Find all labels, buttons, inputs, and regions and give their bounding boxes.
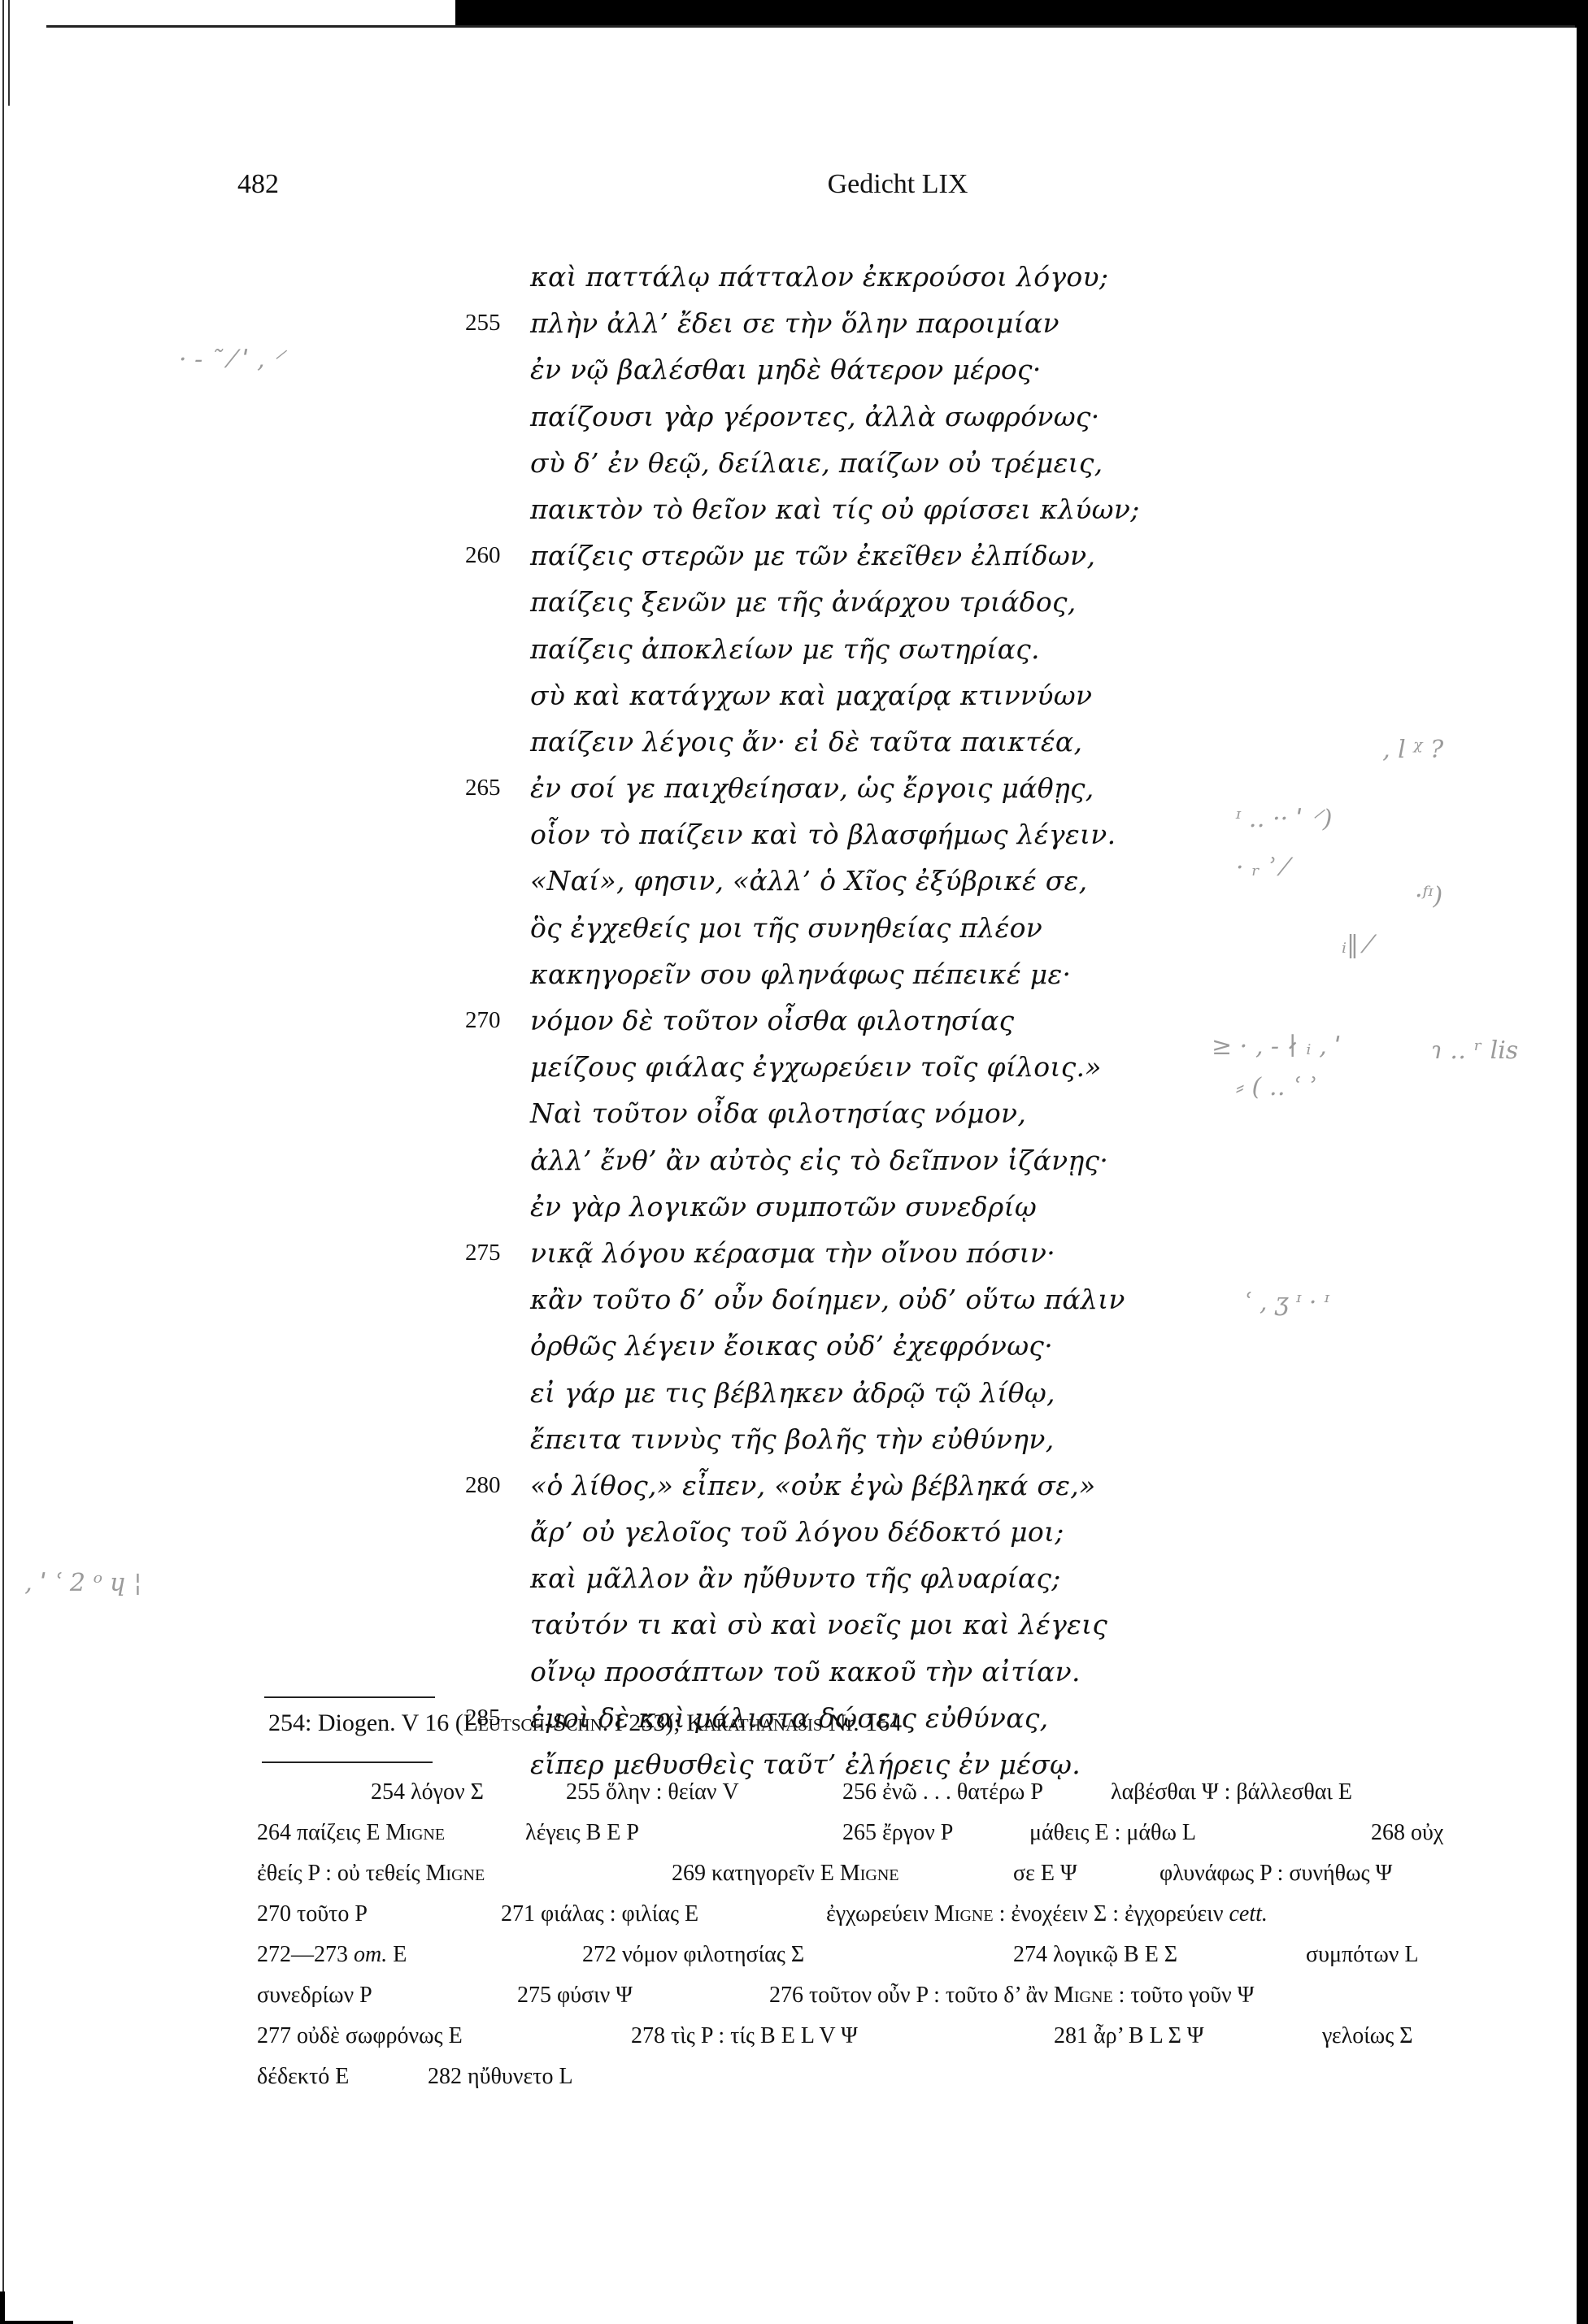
testimonia-rule — [264, 1696, 435, 1698]
line-text: εἰ γάρ με τις βέβληκεν ἀδρῷ τῷ λίθῳ, — [530, 1370, 1055, 1416]
line-text: καὶ μᾶλλον ἂν ηὔθυντο τῆς φλυαρίας; — [530, 1555, 1061, 1601]
line-text: νικᾷ λόγου κέρασμα τὴν οἴνου πόσιν· — [530, 1230, 1055, 1276]
verse-line: οἷον τὸ παίζειν καὶ τὸ βλασφήμως λέγειν. — [0, 811, 1588, 858]
line-text: νόμον δὲ τοῦτον οἶσθα φιλοτησίας — [530, 997, 1014, 1044]
verse-line: 260παίζεις στερῶν με τῶν ἐκεῖθεν ἐλπίδων… — [0, 532, 1588, 579]
line-text: κἂν τοῦτο δ’ οὖν δοίημεν, οὐδ’ οὕτω πάλι… — [530, 1276, 1125, 1323]
verse-line: παίζεις ξενῶν με τῆς ἀνάρχου τριάδος, — [0, 579, 1588, 625]
handwritten-note: ᵢ‖ ⁄ — [1342, 931, 1371, 959]
apparatus-entry: 272—273 om. E — [257, 1935, 407, 1975]
testimonia-apparatus: 254: Diogen. V 16 (Leutsch-Schn. I 253);… — [268, 1709, 902, 1737]
verse-line: κἂν τοῦτο δ’ οὖν δοίημεν, οὐδ’ οὕτω πάλι… — [0, 1276, 1588, 1323]
verse-line: 270νόμον δὲ τοῦτον οἶσθα φιλοτησίας — [0, 997, 1588, 1044]
line-text: παίζεις ἀποκλείων με τῆς σωτηρίας. — [530, 626, 1040, 672]
line-text: μείζους φιάλας ἐγχωρεύειν τοῖς φίλοις.» — [530, 1044, 1102, 1090]
apparatus-entry: 282 ηὔθυνετο L — [428, 2057, 573, 2097]
line-text: οἷον τὸ παίζειν καὶ τὸ βλασφήμως λέγειν. — [530, 811, 1116, 858]
apparatus-entry: 254 λόγον Σ — [371, 1772, 484, 1813]
apparatus-entry: γελοίως Σ — [1322, 2016, 1413, 2057]
handwritten-note: · ‑ ˜ ⁄ ˈ ‚ ⸍ — [179, 341, 285, 375]
apparatus-line: 254 λόγον Σ255 ὅλην : θείαν V256 ἐνῶ . .… — [257, 1772, 1493, 1813]
verse-line: οἴνῳ προσάπτων τοῦ κακοῦ τὴν αἰτίαν. — [0, 1649, 1588, 1695]
handwritten-note: ‚ ˈ ʿ 2 ᵒ ɥ ¦ — [24, 1569, 142, 1597]
handwritten-note: · ᵣ ʾ ⁄ — [1236, 854, 1287, 882]
verse-line: παίζουσι γὰρ γέροντες, ἀλλὰ σωφρόνως· — [0, 393, 1588, 440]
line-text: παίζεις στερῶν με τῶν ἐκεῖθεν ἐλπίδων, — [530, 532, 1095, 579]
apparatus-entry: λέγεις B E P — [525, 1813, 639, 1853]
apparatus-line: δέδεκτό E282 ηὔθυνετο L — [257, 2057, 1493, 2097]
verse-line: μείζους φιάλας ἐγχωρεύειν τοῖς φίλοις.» — [0, 1044, 1588, 1090]
apparatus-line: 272—273 om. E272 νόμον φιλοτησίας Σ274 λ… — [257, 1935, 1493, 1975]
line-text: σὺ καὶ κατάγχων καὶ μαχαίρᾳ κτιννύων — [530, 672, 1092, 719]
line-text: «ὁ λίθος,» εἶπεν, «οὐκ ἐγὼ βέβληκά σε,» — [530, 1462, 1096, 1509]
apparatus-entry: 264 παίζεις E Migne — [257, 1813, 445, 1853]
apparatus-entry: 268 οὐχ — [1371, 1813, 1443, 1853]
line-number: 265 — [465, 765, 501, 811]
verse-line: ἐν γὰρ λογικῶν συμποτῶν συνεδρίῳ — [0, 1184, 1588, 1230]
verse-line: ταὐτόν τι καὶ σὺ καὶ νοεῖς μοι καὶ λέγει… — [0, 1601, 1588, 1648]
verse-line: «Ναί», φησιν, «ἀλλ’ ὁ Χῖος ἐξύβρικέ σε, — [0, 858, 1588, 904]
verse-line: σὺ καὶ κατάγχων καὶ μαχαίρᾳ κτιννύων — [0, 672, 1588, 719]
line-number: 255 — [465, 300, 501, 346]
line-text: ἄρ’ οὐ γελοῖος τοῦ λόγου δέδοκτό μοι; — [530, 1509, 1064, 1555]
testimonia-suffix: Nr. 164 — [823, 1709, 903, 1736]
verse-line: παικτὸν τὸ θεῖον καὶ τίς οὐ φρίσσει κλύω… — [0, 486, 1588, 532]
apparatus-entry: δέδεκτό E — [257, 2057, 349, 2097]
line-text: «Ναί», φησιν, «ἀλλ’ ὁ Χῖος ἐξύβρικέ σε, — [530, 858, 1087, 904]
apparatus-entry: σε E Ψ — [1013, 1853, 1077, 1894]
line-text: πλὴν ἀλλ’ ἔδει σε τὴν ὅλην παροιμίαν — [530, 300, 1059, 346]
verse-line: 280«ὁ λίθος,» εἶπεν, «οὐκ ἐγὼ βέβληκά σε… — [0, 1462, 1588, 1509]
handwritten-note: ʿ ‚ ʒ ᶦ · ᶦ — [1244, 1288, 1329, 1317]
verse-line: εἰ γάρ με τις βέβληκεν ἀδρῷ τῷ λίθῳ, — [0, 1370, 1588, 1416]
apparatus-entry: συμπότων L — [1306, 1935, 1419, 1975]
running-head: Gedicht LIX — [0, 169, 1588, 200]
testimonia-source-1: Leutsch-Schn. — [463, 1709, 609, 1736]
line-text: Ναὶ τοῦτον οἶδα φιλοτησίας νόμον, — [530, 1090, 1026, 1136]
verse-line: 275νικᾷ λόγου κέρασμα τὴν οἴνου πόσιν· — [0, 1230, 1588, 1276]
line-text: ὀρθῶς λέγειν ἔοικας οὐδ’ ἐχεφρόνως· — [530, 1323, 1053, 1369]
handwritten-note: ≥ · ‚ ‑ ∤ ᵢ ‚ ˈ — [1212, 1032, 1342, 1061]
testimonia-prefix: 254: Diogen. V 16 ( — [268, 1709, 463, 1736]
apparatus-entry: μάθεις E : μάθω L — [1029, 1813, 1196, 1853]
line-number: 270 — [465, 997, 501, 1044]
apparatus-entry: 270 τοῦτο P — [257, 1894, 368, 1935]
line-text: κακηγορεῖν σου φληνάφως πέπεικέ με· — [530, 951, 1071, 997]
verse-line: παίζειν λέγοις ἄν· εἰ δὲ ταῦτα παικτέα, — [0, 719, 1588, 765]
apparatus-entry: 269 κατηγορεῖν E Migne — [672, 1853, 899, 1894]
verse-line: ἄρ’ οὐ γελοῖος τοῦ λόγου δέδοκτό μοι; — [0, 1509, 1588, 1555]
verse-line: ὀρθῶς λέγειν ἔοικας οὐδ’ ἐχεφρόνως· — [0, 1323, 1588, 1369]
handwritten-note: ᶦ ‥ ·· ˈ ⸍) — [1236, 801, 1332, 834]
handwritten-note: ⸗ ( ‥ ʿ ʾ — [1236, 1073, 1316, 1101]
apparatus-line: 264 παίζεις E Migneλέγεις B E P265 ἔργον… — [257, 1813, 1493, 1853]
apparatus-entry: 255 ὅλην : θείαν V — [566, 1772, 739, 1813]
verse-line: καὶ μᾶλλον ἂν ηὔθυντο τῆς φλυαρίας; — [0, 1555, 1588, 1601]
apparatus-entry: 277 οὐδὲ σωφρόνως E — [257, 2016, 463, 2057]
line-text: παίζουσι γὰρ γέροντες, ἀλλὰ σωφρόνως· — [530, 393, 1100, 440]
apparatus-entry: 272 νόμον φιλοτησίας Σ — [582, 1935, 804, 1975]
apparatus-line: 277 οὐδὲ σωφρόνως E278 τὶς P : τίς B E L… — [257, 2016, 1493, 2057]
apparatus-entry: 265 ἔργον P — [842, 1813, 953, 1853]
handwritten-note: ‚ l ᵡ ? — [1382, 736, 1443, 764]
line-text: ἐν σοί γε παιχθείησαν, ὡς ἔργοις μάθῃς, — [530, 765, 1094, 811]
verse-line: παίζεις ἀποκλείων με τῆς σωτηρίας. — [0, 626, 1588, 672]
verse-line: ἔπειτα τιννὺς τῆς βολῆς τὴν εὐθύνην, — [0, 1416, 1588, 1462]
line-text: ἔπειτα τιννὺς τῆς βολῆς τὴν εὐθύνην, — [530, 1416, 1055, 1462]
line-text: ἐν γὰρ λογικῶν συμποτῶν συνεδρίῳ — [530, 1184, 1037, 1230]
apparatus-line: ἐθείς P : οὐ τεθείς Migne269 κατηγορεῖν … — [257, 1853, 1493, 1894]
line-text: ταὐτόν τι καὶ σὺ καὶ νοεῖς μοι καὶ λέγει… — [530, 1601, 1107, 1648]
apparatus-entry: 274 λογικῷ B E Σ — [1013, 1935, 1177, 1975]
scan-left-edge-inner — [8, 0, 10, 106]
line-text: παικτὸν τὸ θεῖον καὶ τίς οὐ φρίσσει κλύω… — [530, 486, 1140, 532]
apparatus-entry: 256 ἐνῶ . . . θατέρω P — [842, 1772, 1043, 1813]
apparatus-entry: ἐθείς P : οὐ τεθείς Migne — [257, 1853, 485, 1894]
critical-apparatus: 254 λόγον Σ255 ὅλην : θείαν V256 ἐνῶ . .… — [257, 1772, 1493, 2097]
verse-line: σὺ δ’ ἐν θεῷ, δείλαιε, παίζων οὐ τρέμεις… — [0, 440, 1588, 486]
verse-line: Ναὶ τοῦτον οἶδα φιλοτησίας νόμον, — [0, 1090, 1588, 1136]
line-number: 275 — [465, 1230, 501, 1276]
line-text: ἀλλ’ ἔνθ’ ἂν αὐτὸς εἰς τὸ δεῖπνον ἱζάνῃς… — [530, 1137, 1108, 1184]
scan-top-edge — [46, 25, 1575, 28]
line-text: σὺ δ’ ἐν θεῷ, δείλαιε, παίζων οὐ τρέμεις… — [530, 440, 1103, 486]
apparatus-entry: λαβέσθαι Ψ : βάλλεσθαι E — [1111, 1772, 1352, 1813]
line-text: ἐν νῷ βαλέσθαι μηδὲ θάτερον μέρος· — [530, 346, 1042, 393]
line-text: παίζεις ξενῶν με τῆς ἀνάρχου τριάδος, — [530, 579, 1077, 625]
scan-border-top — [455, 0, 1588, 28]
apparatus-entry: 275 φύσιν Ψ — [517, 1975, 633, 2016]
apparatus-entry: 276 τοῦτον οὖν P : τοῦτο δ’ ἂν Migne : τ… — [769, 1975, 1254, 2016]
verse-line: ἀλλ’ ἔνθ’ ἂν αὐτὸς εἰς τὸ δεῖπνον ἱζάνῃς… — [0, 1137, 1588, 1184]
testimonia-mid: I 253); — [608, 1709, 686, 1736]
scan-bottom-corner — [0, 2291, 73, 2324]
line-text: οἴνῳ προσάπτων τοῦ κακοῦ τὴν αἰτίαν. — [530, 1649, 1081, 1695]
apparatus-entry: 278 τὶς P : τίς B E L V Ψ — [631, 2016, 858, 2057]
apparatus-entry: ἐγχωρεύειν Migne : ἐνοχέειν Σ : ἐγχορεύε… — [826, 1894, 1268, 1935]
apparatus-entry: συνεδρίων P — [257, 1975, 372, 2016]
handwritten-note: ɿ ‥ ʳ lis — [1431, 1036, 1518, 1065]
line-text: παίζειν λέγοις ἄν· εἰ δὲ ταῦτα παικτέα, — [530, 719, 1082, 765]
handwritten-note: ·ᶠᶦ) — [1415, 882, 1442, 910]
verse-line: καὶ παττάλῳ πάτταλον ἐκκρούσοι λόγου; — [0, 254, 1588, 300]
apparatus-rule — [262, 1761, 433, 1763]
line-text: ὃς ἐγχεθείς μοι τῆς συνηθείας πλέον — [530, 905, 1042, 951]
apparatus-line: συνεδρίων P275 φύσιν Ψ276 τοῦτον οὖν P :… — [257, 1975, 1493, 2016]
line-text: καὶ παττάλῳ πάτταλον ἐκκρούσοι λόγου; — [530, 254, 1108, 300]
line-number: 280 — [465, 1462, 501, 1509]
apparatus-entry: 271 φιάλας : φιλίας E — [501, 1894, 698, 1935]
apparatus-line: 270 τοῦτο P271 φιάλας : φιλίας Eἐγχωρεύε… — [257, 1894, 1493, 1935]
line-number: 260 — [465, 532, 501, 579]
testimonia-source-2: Karathanasis — [686, 1709, 823, 1736]
apparatus-entry: 281 ἆρ’ B L Σ Ψ — [1054, 2016, 1204, 2057]
verse-line: 265ἐν σοί γε παιχθείησαν, ὡς ἔργοις μάθῃ… — [0, 765, 1588, 811]
verse-text: καὶ παττάλῳ πάτταλον ἐκκρούσοι λόγου;255… — [0, 254, 1588, 1788]
apparatus-entry: φλυνάφως P : συνήθως Ψ — [1159, 1853, 1392, 1894]
verse-line: 255πλὴν ἀλλ’ ἔδει σε τὴν ὅλην παροιμίαν — [0, 300, 1588, 346]
